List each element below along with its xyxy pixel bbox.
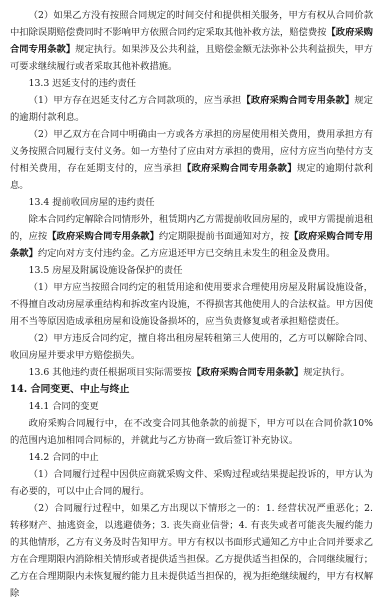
clause-13-4-body: 除本合同约定解除合同情形外，租赁期内乙方需提前收回房屋的，或甲方需提前退租的，应… — [10, 211, 373, 262]
clause-13-5-2: （2）甲方违反合同约定，擅自将出租房屋转租第三人使用的，乙方可以解除合同、收回房… — [10, 330, 373, 364]
text-run: （2）合同履行过程中，如果乙方出现以下情形之一的：1. 经营状况严重恶化；2. … — [10, 503, 373, 599]
text-run: （2）甲方违反合同约定，擅自将出租房屋转租第三人使用的，乙方可以解除合同、收回房… — [10, 333, 373, 361]
clause-13-3-2: （2）甲乙双方在合同中明确由一方或各方承担的房屋使用相关费用，费用承担方有义务按… — [10, 126, 373, 194]
text-run: 13.3 迟延支付的违约责任 — [29, 78, 136, 89]
clause-14-2-2: （2）合同履行过程中，如果乙方出现以下情形之一的：1. 经营状况严重恶化；2. … — [10, 500, 373, 602]
special-terms-ref: 【政府采购合同专用条款】 — [192, 367, 304, 378]
clause-13-5-1: （1）甲方应当按照合同约定的租赁用途和使用要求合理使用房屋及附属设施设备，不得擅… — [10, 279, 373, 330]
heading-13-3: 13.3 迟延支付的违约责任 — [10, 75, 373, 92]
clause-13-2-2-damages: （2）如果乙方没有按照合同规定的时间交付和提供相关服务，甲方有权从合同价款中扣除… — [10, 7, 373, 75]
text-run: 约定向对方支付违约金。乙方应退还甲方已交纳且未发生的租金及费用。 — [38, 248, 336, 259]
clause-13-3-1: （1）甲方存在迟延支付乙方合同款项的，应当承担【政府采购合同专用条款】规定的逾期… — [10, 92, 373, 126]
clause-14-1-body: 政府采购合同履行中，在不改变合同其他条款的前提下，甲方可以在合同价款10%的范围… — [10, 415, 373, 449]
text-run: （1）甲方应当按照合同约定的租赁用途和使用要求合理使用房屋及附属设施设备，不得擅… — [10, 282, 373, 327]
text-run: （2）如果乙方没有按照合同规定的时间交付和提供相关服务，甲方有权从合同价款中扣除… — [10, 10, 373, 38]
heading-13-5: 13.5 房屋及附属设施设备保护的责任 — [10, 262, 373, 279]
heading-13-4: 13.4 提前收回房屋的违约责任 — [10, 194, 373, 211]
heading-14-1: 14.1 合同的变更 — [10, 398, 373, 415]
text-run: 14. 合同变更、中止与终止 — [10, 384, 129, 395]
text-run: （1）甲方存在迟延支付乙方合同款项的，应当承担 — [29, 95, 242, 106]
special-terms-ref: 【政府采购合同专用条款】 — [47, 231, 159, 242]
special-terms-ref: 【政府采购合同专用条款】 — [182, 163, 297, 174]
text-run: 13.4 提前收回房屋的违约责任 — [29, 197, 155, 208]
clause-14-2-1: （1）合同履行过程中因供应商就采购文件、采购过程或结果提起投诉的，甲方认为有必要… — [10, 466, 373, 500]
contract-page: （2）如果乙方没有按照合同规定的时间交付和提供相关服务，甲方有权从合同价款中扣除… — [0, 0, 383, 605]
special-terms-ref: 【政府采购合同专用条款】 — [241, 95, 354, 106]
clause-13-6: 13.6 其他违约责任根据项目实际需要按【政府采购合同专用条款】规定执行。 — [10, 364, 373, 381]
heading-14-2: 14.2 合同的中止 — [10, 449, 373, 466]
text-run: 13.5 房屋及附属设施设备保护的责任 — [29, 265, 183, 276]
text-run: 规定执行。 — [303, 367, 350, 378]
text-run: （1）合同履行过程中因供应商就采购文件、采购过程或结果提起投诉的，甲方认为有必要… — [10, 469, 373, 497]
heading-14: 14. 合同变更、中止与终止 — [10, 381, 373, 398]
text-run: 13.6 其他违约责任根据项目实际需要按 — [29, 367, 192, 378]
text-run: 政府采购合同履行中，在不改变合同其他条款的前提下，甲方可以在合同价款10%的范围… — [10, 418, 373, 446]
text-run: 14.1 合同的变更 — [29, 401, 99, 412]
text-run: 14.2 合同的中止 — [29, 452, 99, 463]
text-run: 约定期限提前书面通知对方，按 — [159, 231, 289, 242]
